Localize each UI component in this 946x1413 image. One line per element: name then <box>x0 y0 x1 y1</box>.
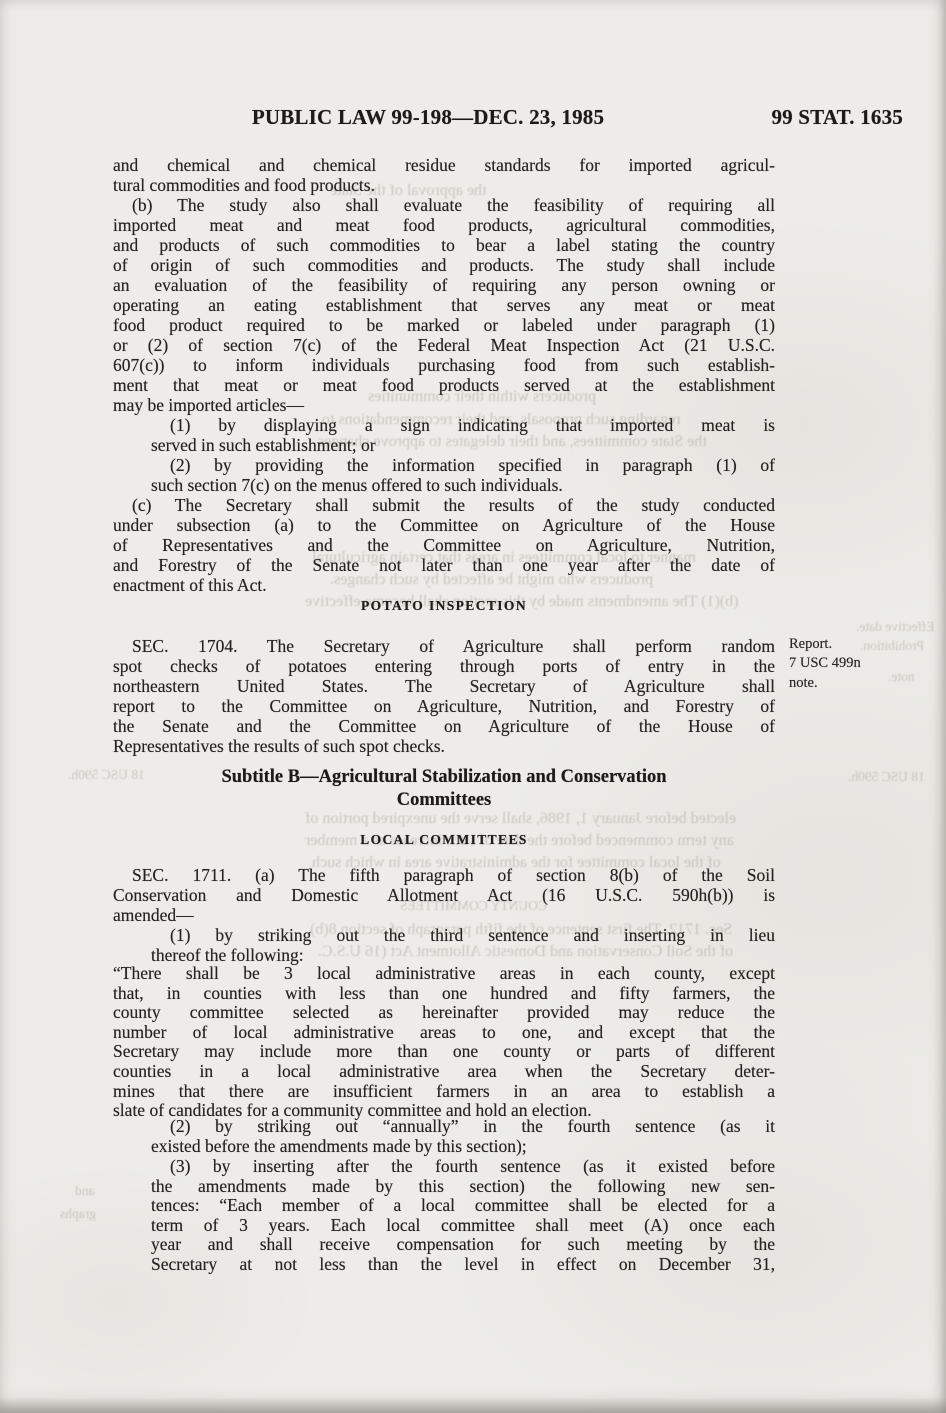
body-line: “There shall be 3 local administrative a… <box>113 964 775 984</box>
body-line: (1) by displaying a sign indicating that… <box>151 415 775 435</box>
quoted-statutory-text: “There shall be 3 local administrative a… <box>113 964 775 1121</box>
body-line: an evaluation of the feasibility of requ… <box>113 275 775 295</box>
running-head-stat-page: 99 STAT. 1635 <box>771 105 903 130</box>
clause-1711-2: (2) by striking out “annually” in the fo… <box>151 1117 775 1156</box>
body-line: (3) by inserting after the fourth senten… <box>151 1157 775 1177</box>
section-heading-potato-inspection: POTATO INSPECTION <box>113 598 775 614</box>
margin-note-line: Report. <box>789 635 919 654</box>
body-line: the amendments made by this section) the… <box>151 1177 775 1197</box>
body-line: existed before the amendments made by th… <box>151 1137 775 1157</box>
clause-b1: (1) by displaying a sign indicating that… <box>151 415 775 455</box>
bleedthrough-text: Effective date. <box>856 618 934 636</box>
body-line: of origin of such commodities and produc… <box>113 255 775 275</box>
body-line: food product required to be marked or la… <box>113 315 775 335</box>
paragraph-subsection-b: (b) The study also shall evaluate the fe… <box>113 195 775 415</box>
body-line: and Forestry of the Senate not later tha… <box>113 555 775 575</box>
body-line: thereof the following: <box>151 945 775 965</box>
body-line: SEC. 1704. The Secretary of Agriculture … <box>113 636 775 656</box>
body-line: Conservation and Domestic Allotment Act … <box>113 885 775 905</box>
body-line: under subsection (a) to the Committee on… <box>113 515 775 535</box>
margin-note-line: 7 USC 499n <box>789 654 919 673</box>
body-line: Representatives the results of such spot… <box>113 736 775 756</box>
body-line: (2) by providing the information specifi… <box>151 455 775 475</box>
body-line: or (2) of section 7(c) of the Federal Me… <box>113 335 775 355</box>
body-line: tural commodities and food products. <box>113 175 775 195</box>
paragraph-sec-1704: SEC. 1704. The Secretary of Agriculture … <box>113 636 775 756</box>
body-line: Secretary may include more than one coun… <box>113 1042 775 1062</box>
body-line: mines that there are insufficient farmer… <box>113 1082 775 1102</box>
body-line: and chemical and chemical residue standa… <box>113 155 775 175</box>
body-line: ment that meat or meat food products ser… <box>113 375 775 395</box>
body-line: and products of such commodities to bear… <box>113 235 775 255</box>
body-line: tences: “Each member of a local committe… <box>151 1196 775 1216</box>
running-head-law: PUBLIC LAW 99-198—DEC. 23, 1985 <box>113 105 743 130</box>
bleedthrough-text: and <box>75 1182 95 1200</box>
body-line: (1) by striking out the third sentence a… <box>151 925 775 945</box>
body-line: northeastern United States. The Secretar… <box>113 676 775 696</box>
body-line: report to the Committee on Agriculture, … <box>113 696 775 716</box>
body-line: operating an eating establishment that s… <box>113 295 775 315</box>
clause-1711-3: (3) by inserting after the fourth senten… <box>151 1157 775 1275</box>
subtitle-line: Subtitle B—Agricultural Stabilization an… <box>113 766 775 789</box>
bleedthrough-text: 18 USC 590h. <box>848 768 925 786</box>
bleedthrough-text: graphs <box>60 1205 96 1223</box>
scanned-statute-page: the approval of the State producers with… <box>0 0 946 1413</box>
subtitle-b-heading: Subtitle B—Agricultural Stabilization an… <box>113 766 775 812</box>
body-line: amended— <box>113 905 775 925</box>
body-line: number of local administrative areas to … <box>113 1023 775 1043</box>
body-line: Secretary at not less than the level in … <box>151 1255 775 1275</box>
scan-edge-shadow <box>0 1397 946 1413</box>
body-line: served in such establishment; or <box>151 435 775 455</box>
body-line: term of 3 years. Each local committee sh… <box>151 1216 775 1236</box>
body-line: that, in counties with less than one hun… <box>113 984 775 1004</box>
body-line: may be imported articles— <box>113 395 775 415</box>
paragraph-subsection-c: (c) The Secretary shall submit the resul… <box>113 495 775 595</box>
body-line: spot checks of potatoes entering through… <box>113 656 775 676</box>
body-line: imported meat and meat food products, ag… <box>113 215 775 235</box>
body-line: SEC. 1711. (a) The fifth paragraph of se… <box>113 865 775 885</box>
body-line: 607(c)) to inform individuals purchasing… <box>113 355 775 375</box>
body-line: the Senate and the Committee on Agricult… <box>113 716 775 736</box>
body-line: year and shall receive compensation for … <box>151 1235 775 1255</box>
bleedthrough-text: elected before January 1, 1986, shall se… <box>305 810 736 828</box>
scan-edge-shadow <box>938 0 946 1413</box>
clause-1711-1: (1) by striking out the third sentence a… <box>151 925 775 965</box>
subtitle-line: Committees <box>113 789 775 812</box>
clause-b2: (2) by providing the information specifi… <box>151 455 775 495</box>
paragraph-sec-1711: SEC. 1711. (a) The fifth paragraph of se… <box>113 865 775 925</box>
body-line: (2) by striking out “annually” in the fo… <box>151 1117 775 1137</box>
body-line: (b) The study also shall evaluate the fe… <box>113 195 775 215</box>
margin-note-report: Report. 7 USC 499n note. <box>789 635 919 693</box>
body-line: county committee selected as hereinafter… <box>113 1003 775 1023</box>
body-line: of Representatives and the Committee on … <box>113 535 775 555</box>
body-line: (c) The Secretary shall submit the resul… <box>113 495 775 515</box>
body-line: counties in a local administrative area … <box>113 1062 775 1082</box>
body-line: enactment of this Act. <box>113 575 775 595</box>
body-line: such section 7(c) on the menus offered t… <box>151 475 775 495</box>
section-heading-local-committees: LOCAL COMMITTEES <box>113 832 775 848</box>
margin-note-line: note. <box>789 674 919 693</box>
paragraph-continuation: and chemical and chemical residue standa… <box>113 155 775 195</box>
